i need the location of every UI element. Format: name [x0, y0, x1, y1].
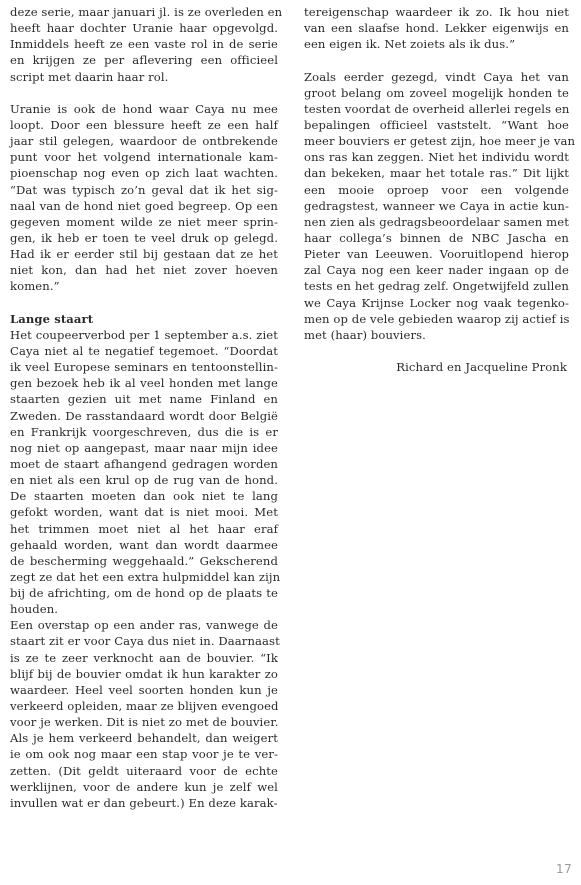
text-line: tereigenschap waardeer ik zo. Ik hou nie…	[304, 4, 569, 20]
text-line: Caya niet al te negatief tegemoet. “Door…	[10, 343, 278, 359]
text-line: bepalingen officieel vaststelt. “Want ho…	[304, 117, 569, 133]
text-line: gehaald worden, want dan wordt daarmee	[10, 537, 278, 553]
left-column: deze serie, maar januari jl. is ze overl…	[10, 4, 278, 811]
text-line: heeft haar dochter Uranie haar opgevolgd…	[10, 20, 278, 36]
text-line: een mooie oproep voor een volgende	[304, 182, 569, 198]
text-line: Inmiddels heeft ze een vaste rol in de s…	[10, 36, 278, 52]
text-line: punt voor het volgend internationale kam…	[10, 149, 278, 165]
text-line: houden.	[10, 601, 278, 617]
text-line: Uranie is ook de hond waar Caya nu mee	[10, 101, 278, 117]
text-line: verkeerd opleiden, maar ze blijven eveng…	[10, 698, 278, 714]
text-line: en Frankrijk voorgeschreven, dus die is …	[10, 424, 278, 440]
text-line: ie om ook nog maar een stap voor je te v…	[10, 746, 278, 762]
text-line: de bescherming weggehaald.” Gekscherend	[10, 553, 278, 569]
text-line: is ze te zeer verknocht aan de bouvier. …	[10, 650, 278, 666]
text-line: haar collega’s binnen de NBC Jascha en	[304, 230, 569, 246]
text-line: gegeven moment wilde ze niet meer sprin-	[10, 214, 278, 230]
text-line: nen zien als gedragsbeoordelaar samen me…	[304, 214, 569, 230]
text-line: een eigen ik. Net zoiets als ik dus.”	[304, 36, 569, 52]
author-signature: Richard en Jacqueline Pronk	[304, 359, 569, 375]
text-line: Een overstap op een ander ras, vanwege d…	[10, 617, 278, 633]
text-line: en krijgen ze per aflevering een officie…	[10, 52, 278, 68]
text-line: voor je werken. Dit is niet zo met de bo…	[10, 714, 278, 730]
text-line: gen bezoek heb ik al veel honden met lan…	[10, 375, 278, 391]
text-line: testen voordat de overheid allerlei rege…	[304, 101, 569, 117]
paragraph-overstap: Een overstap op een ander ras, vanwege d…	[10, 617, 278, 811]
paragraph-gedragstest: Zoals eerder gezegd, vindt Caya het vang…	[304, 69, 569, 343]
text-line: zetten. (Dit geldt uiteraard voor de ech…	[10, 763, 278, 779]
text-line: deze serie, maar januari jl. is ze overl…	[10, 4, 278, 20]
text-line: pioenschap nog even op zich laat wachten…	[10, 165, 278, 181]
text-line: met (haar) bouviers.	[304, 327, 569, 343]
right-column: tereigenschap waardeer ik zo. Ik hou nie…	[304, 4, 569, 375]
paragraph-gap	[304, 343, 569, 359]
paragraph-gap	[10, 295, 278, 311]
text-line: invullen wat er dan gebeurt.) En deze ka…	[10, 795, 278, 811]
text-line: Het coupeerverbod per 1 september a.s. z…	[10, 327, 278, 343]
text-line: gedragstest, wanneer we Caya in actie ku…	[304, 198, 569, 214]
paragraph-coupeerverbod: Het coupeerverbod per 1 september a.s. z…	[10, 327, 278, 618]
text-line: waardeer. Heel veel soorten honden kun j…	[10, 682, 278, 698]
text-line: Zoals eerder gezegd, vindt Caya het van	[304, 69, 569, 85]
text-line: script met daarin haar rol.	[10, 69, 278, 85]
section-heading-lange-staart: Lange staart	[10, 311, 278, 327]
text-line: we Caya Krijnse Locker nog vaak tegenko-	[304, 295, 569, 311]
text-line: “Dat was typisch zo’n geval dat ik het s…	[10, 182, 278, 198]
text-line: en niet als een krul op de rug van de ho…	[10, 472, 278, 488]
text-line: loopt. Door een blessure heeft ze een ha…	[10, 117, 278, 133]
text-line: meer bouviers er getest zijn, hoe meer j…	[304, 133, 569, 149]
text-line: zegt ze dat het een extra hulpmiddel kan…	[10, 569, 278, 585]
text-line: het trimmen moet niet al het haar eraf	[10, 521, 278, 537]
text-line: zal Caya nog een keer nader ingaan op de	[304, 262, 569, 278]
text-line: ons ras kan zeggen. Niet het individu wo…	[304, 149, 569, 165]
text-line: van een slaafse hond. Lekker eigenwijs e…	[304, 20, 569, 36]
paragraph-gap	[10, 85, 278, 101]
text-line: jaar stil gelegen, waardoor de ontbreken…	[10, 133, 278, 149]
text-line: Als je hem verkeerd behandelt, dan weige…	[10, 730, 278, 746]
paragraph-gap	[304, 52, 569, 68]
paragraph-karaktereigenschap: tereigenschap waardeer ik zo. Ik hou nie…	[304, 4, 569, 52]
text-line: staarten gezien uit met name Finland en	[10, 391, 278, 407]
text-line: werklijnen, voor de andere kun je zelf w…	[10, 779, 278, 795]
text-line: gen, ik heb er toen te veel druk op gele…	[10, 230, 278, 246]
text-line: Had ik er eerder stil bij gestaan dat ze…	[10, 246, 278, 262]
text-line: gefokt worden, want dat is niet mooi. Me…	[10, 504, 278, 520]
text-line: ik veel Europese seminars en tentoonstel…	[10, 359, 278, 375]
text-line: groot belang om zoveel mogelijk honden t…	[304, 85, 569, 101]
text-line: blijf bij de bouvier omdat ik hun karakt…	[10, 666, 278, 682]
text-line: tests en het gedrag zelf. Ongetwijfeld z…	[304, 278, 569, 294]
text-line: Pieter van Leeuwen. Vooruitlopend hierop	[304, 246, 569, 262]
text-line: komen.”	[10, 278, 278, 294]
text-line: Zweden. De rasstandaard wordt door Belgi…	[10, 408, 278, 424]
paragraph-intro-end: deze serie, maar januari jl. is ze overl…	[10, 4, 278, 85]
text-line: staart zit er voor Caya dus niet in. Daa…	[10, 633, 278, 649]
text-line: bij de africhting, om de hond op de plaa…	[10, 585, 278, 601]
page-number: 17	[556, 862, 572, 876]
text-line: niet kon, dan had het niet zover hoeven	[10, 262, 278, 278]
text-line: men op de vele gebieden waarop zij actie…	[304, 311, 569, 327]
text-line: moet de staart afhangend gedragen worden	[10, 456, 278, 472]
text-line: nog niet op aangepast, maar naar mijn id…	[10, 440, 278, 456]
text-line: De staarten moeten dan ook niet te lang	[10, 488, 278, 504]
text-line: dan bekeken, maar het totale ras.” Dit l…	[304, 165, 569, 181]
text-line: naal van de hond niet goed begreep. Op e…	[10, 198, 278, 214]
paragraph-uranie: Uranie is ook de hond waar Caya nu meelo…	[10, 101, 278, 295]
